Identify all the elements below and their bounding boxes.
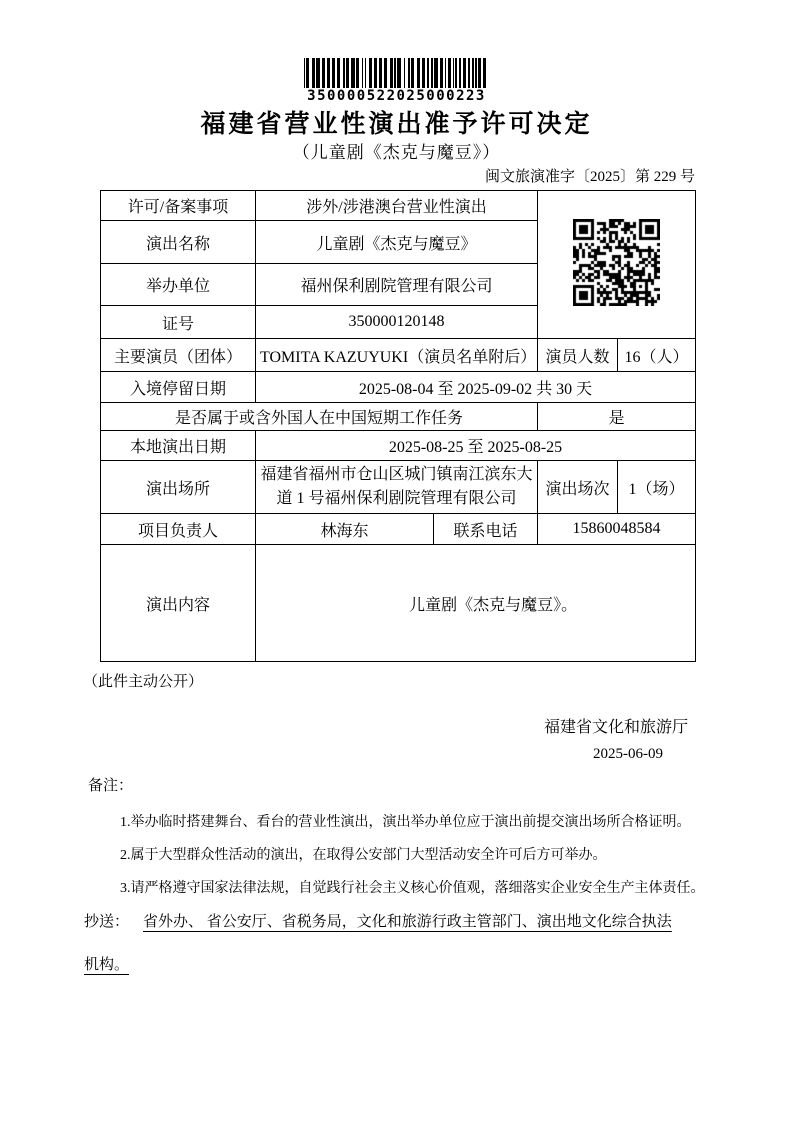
performers-label: 主要演员（团体） xyxy=(101,339,256,372)
content-label: 演出内容 xyxy=(101,545,256,662)
performers-value: TOMITA KAZUYUKI（演员名单附后） xyxy=(256,339,538,372)
qr-code-cell xyxy=(538,191,696,339)
sessions-value: 1（场） xyxy=(618,461,696,514)
entry-stay-label: 入境停留日期 xyxy=(101,372,256,403)
manager-label: 项目负责人 xyxy=(101,514,256,545)
table-row: 入境停留日期 2025-08-04 至 2025-09-02 共 30 天 xyxy=(101,372,696,403)
cc-recipients: 省外办、 省公安厅、省税务局，文化和旅游行政主管部门、演出地文化综合执法 xyxy=(129,914,672,930)
performer-count-label: 演员人数 xyxy=(538,339,618,372)
permit-table: 许可/备案事项 涉外/涉港澳台营业性演出 演出名称 儿童剧《杰克与魔豆》 举办单… xyxy=(100,190,696,662)
table-row: 项目负责人 林海东 联系电话 15860048584 xyxy=(101,514,696,545)
cc-line-1: 抄送：省外办、 省公安厅、省税务局，文化和旅游行政主管部门、演出地文化综合执法 xyxy=(84,901,724,944)
remarks-label: 备注： xyxy=(88,774,133,795)
qr-code xyxy=(573,219,660,306)
document-subtitle: （儿童剧《杰克与魔豆》） xyxy=(0,138,793,163)
table-row: 主要演员（团体） TOMITA KAZUYUKI（演员名单附后） 演员人数 16… xyxy=(101,339,696,372)
permit-item-label: 许可/备案事项 xyxy=(101,191,256,221)
barcode-number: 350000522025000223 xyxy=(0,88,793,104)
cc-line-2: 机构。 xyxy=(84,944,724,987)
remark-item: 2.属于大型群众性活动的演出，在取得公安部门大型活动安全许可后方可举办。 xyxy=(120,839,740,872)
table-row: 演出场所 福建省福州市仓山区城门镇南江滨东大道 1 号福州保利剧院管理有限公司 … xyxy=(101,461,696,514)
barcode-image xyxy=(304,58,490,88)
performer-count-value: 16（人） xyxy=(618,339,696,372)
cc-block: 抄送：省外办、 省公安厅、省税务局，文化和旅游行政主管部门、演出地文化综合执法 … xyxy=(84,901,724,987)
table-row: 是否属于或含外国人在中国短期工作任务 是 xyxy=(101,403,696,431)
cc-label: 抄送： xyxy=(84,914,129,930)
table-row: 演出内容 儿童剧《杰克与魔豆》。 xyxy=(101,545,696,662)
short-term-work-value: 是 xyxy=(538,403,696,431)
entry-stay-value: 2025-08-04 至 2025-09-02 共 30 天 xyxy=(256,372,696,403)
cert-no-value: 350000120148 xyxy=(256,306,538,339)
issuer-block: 福建省文化和旅游厅 2025-06-09 xyxy=(544,715,688,767)
venue-value: 福建省福州市仓山区城门镇南江滨东大道 1 号福州保利剧院管理有限公司 xyxy=(256,461,538,514)
public-disclosure-note: （此件主动公开） xyxy=(83,670,203,691)
document-number: 闽文旅演准字〔2025〕第 229 号 xyxy=(485,165,695,186)
show-name-label: 演出名称 xyxy=(101,221,256,264)
venue-label: 演出场所 xyxy=(101,461,256,514)
barcode-block: 350000522025000223 xyxy=(0,58,793,104)
phone-value: 15860048584 xyxy=(538,514,696,545)
document-title: 福建省营业性演出准予许可决定 xyxy=(0,104,793,140)
remarks-list: 1.举办临时搭建舞台、看台的营业性演出，演出举办单位应于演出前提交演出场所合格证… xyxy=(120,806,740,905)
organizer-label: 举办单位 xyxy=(101,264,256,306)
issue-date: 2025-06-09 xyxy=(544,741,688,767)
organizer-value: 福州保利剧院管理有限公司 xyxy=(256,264,538,306)
permit-document-page: 350000522025000223 福建省营业性演出准予许可决定 （儿童剧《杰… xyxy=(0,0,793,1122)
cert-no-label: 证号 xyxy=(101,306,256,339)
table-row: 本地演出日期 2025-08-25 至 2025-08-25 xyxy=(101,431,696,461)
manager-value: 林海东 xyxy=(256,514,434,545)
short-term-work-label: 是否属于或含外国人在中国短期工作任务 xyxy=(101,403,538,431)
content-value: 儿童剧《杰克与魔豆》。 xyxy=(256,545,696,662)
local-dates-label: 本地演出日期 xyxy=(101,431,256,461)
permit-item-value: 涉外/涉港澳台营业性演出 xyxy=(256,191,538,221)
show-name-value: 儿童剧《杰克与魔豆》 xyxy=(256,221,538,264)
remark-item: 1.举办临时搭建舞台、看台的营业性演出，演出举办单位应于演出前提交演出场所合格证… xyxy=(120,806,740,839)
issuer-name: 福建省文化和旅游厅 xyxy=(544,715,688,741)
phone-label: 联系电话 xyxy=(434,514,538,545)
table-row: 许可/备案事项 涉外/涉港澳台营业性演出 xyxy=(101,191,696,221)
sessions-label: 演出场次 xyxy=(538,461,618,514)
local-dates-value: 2025-08-25 至 2025-08-25 xyxy=(256,431,696,461)
